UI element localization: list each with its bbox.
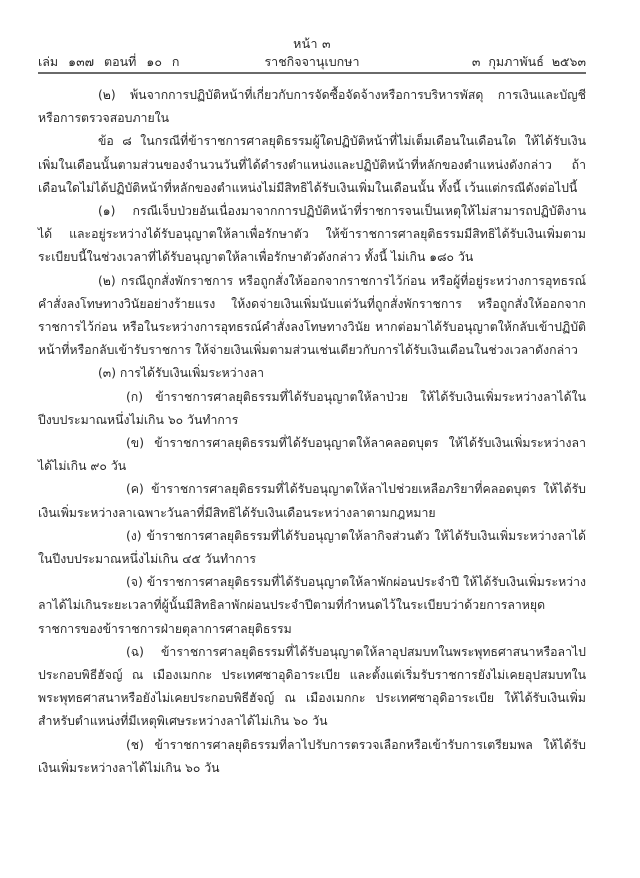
- running-header: เล่ม ๑๓๗ ตอนที่ ๑๐ ก ราชกิจจานุเบกษา ๓ ก…: [38, 52, 586, 70]
- sub-paragraph: (จ) ข้าราชการศาลยุติธรรมที่ได้รับอนุญาตใ…: [38, 571, 586, 641]
- header-divider: [38, 72, 586, 74]
- paragraph: (๒) พ้นจากการปฏิบัติหน้าที่เกี่ยวกับการจ…: [38, 84, 586, 130]
- paragraph: (๑) กรณีเจ็บป่วยอันเนื่องมาจากการปฏิบัติ…: [38, 200, 586, 270]
- sub-paragraph: (ค) ข้าราชการศาลยุติธรรมที่ได้รับอนุญาตใ…: [38, 478, 586, 524]
- sub-paragraph: (ช) ข้าราชการศาลยุติธรรมที่ลาไปรับการตรว…: [38, 734, 586, 780]
- sub-paragraph: (ข) ข้าราชการศาลยุติธรรมที่ได้รับอนุญาตใ…: [38, 432, 586, 478]
- publication-date: ๓ กุมภาพันธ์ ๒๕๖๓: [472, 52, 586, 72]
- paragraph: (๓) การได้รับเงินเพิ่มระหว่างลา: [38, 362, 586, 385]
- paragraph: (๒) กรณีถูกสั่งพักราชการ หรือถูกสั่งให้อ…: [38, 270, 586, 363]
- sub-paragraph: (ก) ข้าราชการศาลยุติธรรมที่ได้รับอนุญาตใ…: [38, 386, 586, 432]
- paragraph: ข้อ ๘ ในกรณีที่ข้าราชการศาลยุติธรรมผู้ใด…: [38, 130, 586, 200]
- document-body: (๒) พ้นจากการปฏิบัติหน้าที่เกี่ยวกับการจ…: [38, 84, 586, 780]
- sub-paragraph: (ง) ข้าราชการศาลยุติธรรมที่ได้รับอนุญาตใ…: [38, 525, 586, 571]
- page-number: หน้า ๓: [38, 34, 586, 54]
- sub-paragraph: (ฉ) ข้าราชการศาลยุติธรรมที่ได้รับอนุญาตใ…: [38, 641, 586, 734]
